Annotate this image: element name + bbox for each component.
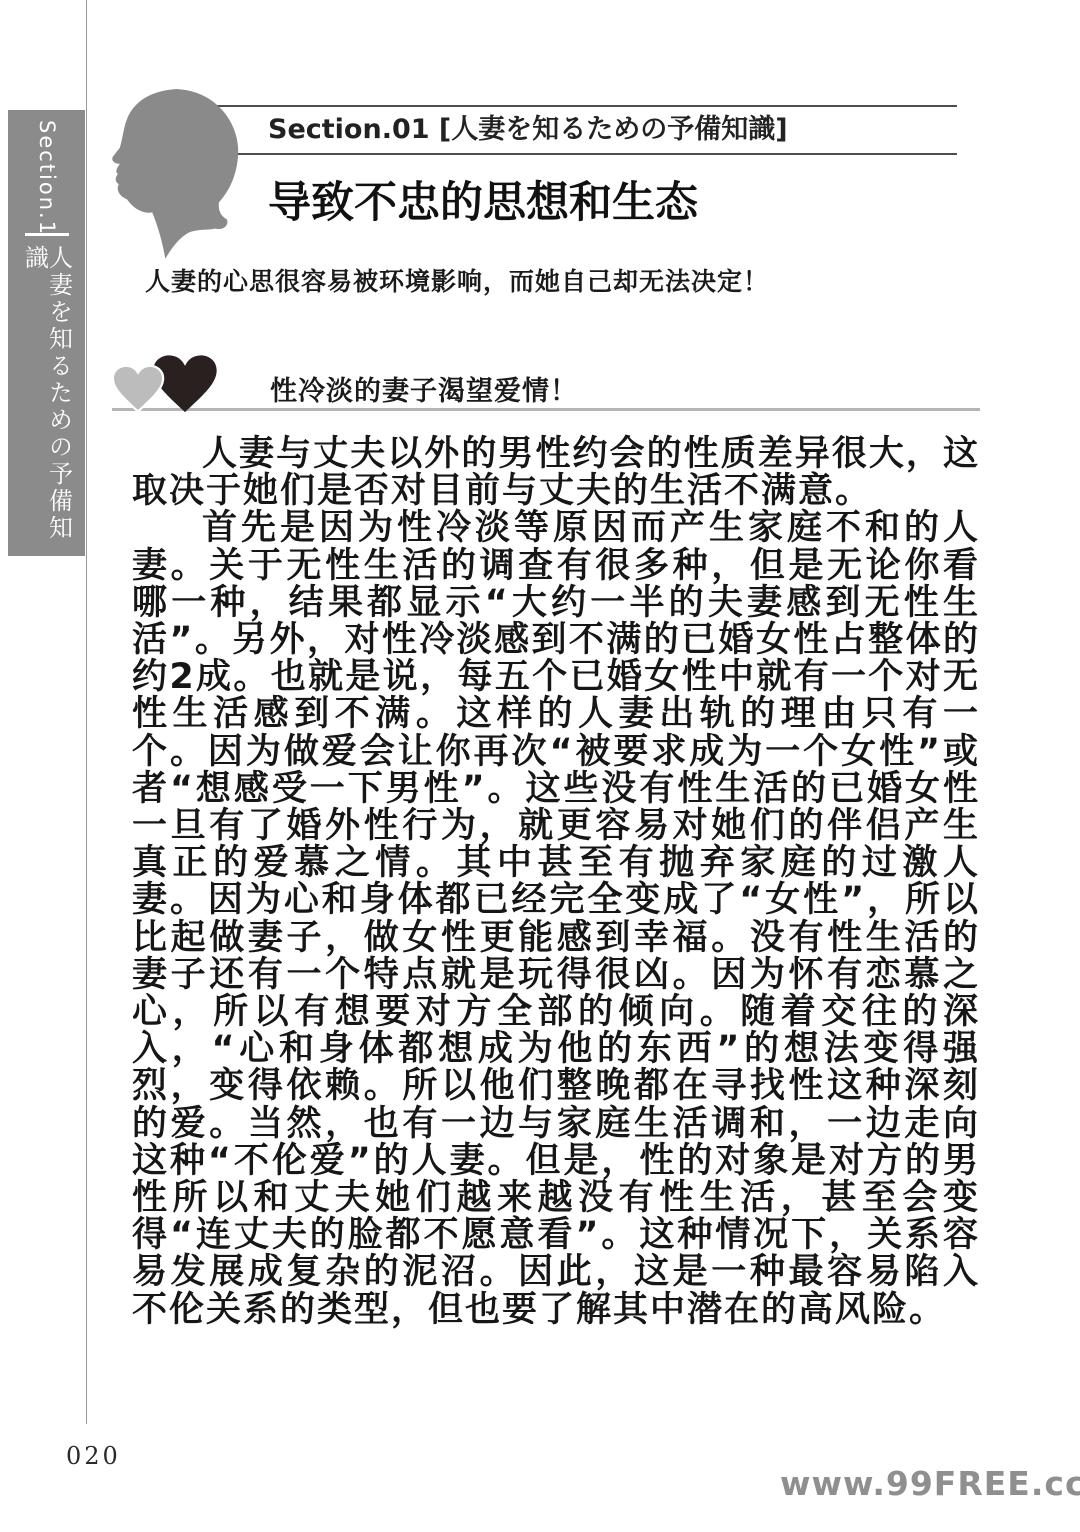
double-heart-icon: [110, 353, 225, 419]
topic-heading: 性冷淡的妻子渴望爱情！: [270, 369, 578, 408]
topic-underline: [112, 408, 980, 411]
watermark: www.99FREE.cc: [780, 1464, 1080, 1503]
body-text: 人妻与丈夫以外的男性约会的性质差异很大，这取决于她们是否对目前与丈夫的生活不满意…: [132, 436, 980, 1329]
section-sidebar: Section.1 人妻を知るための予備知識: [8, 110, 85, 556]
woman-profile-silhouette-icon: [106, 87, 246, 269]
section-kicker: Section.01 [人妻を知るための予備知識]: [200, 105, 957, 155]
book-page: Section.1 人妻を知るための予備知識 Section.01 [人妻を知る…: [0, 0, 1080, 1532]
page-title: 导致不忠的思想和生态: [268, 180, 698, 227]
body-paragraph-1: 人妻与丈夫以外的男性约会的性质差异很大，这取决于她们是否对目前与丈夫的生活不满意…: [132, 436, 980, 510]
left-vertical-rule: [86, 0, 87, 1424]
sidebar-divider: [25, 233, 69, 236]
body-paragraph-2: 首先是因为性冷淡等原因而产生家庭不和的人妻。关于无性生活的调查有很多种，但是无论…: [132, 510, 980, 1328]
page-number: 020: [66, 1442, 121, 1470]
sidebar-chapter-title: 人妻を知るための予備知識: [23, 245, 71, 556]
sidebar-section-number: Section.1: [36, 120, 57, 224]
